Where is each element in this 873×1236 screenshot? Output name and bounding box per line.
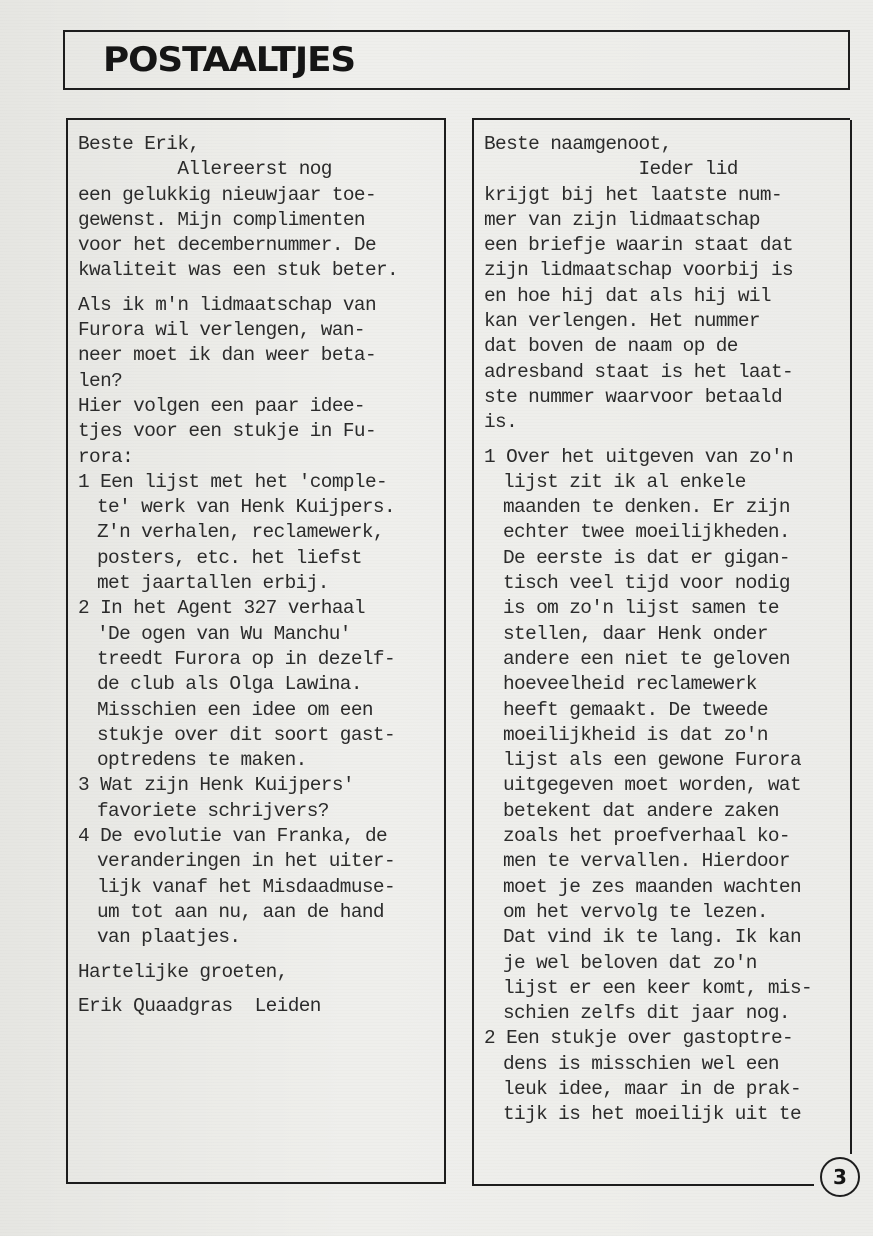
text-line: kan verlengen. Het nummer <box>484 309 846 334</box>
text-line: favoriete schrijvers? <box>78 799 440 824</box>
text-line: zijn lidmaatschap voorbij is <box>484 258 846 283</box>
paragraph-gap <box>78 985 440 994</box>
text-line: moet je zes maanden wachten <box>484 875 846 900</box>
text-line: neer moet ik dan weer beta- <box>78 343 440 368</box>
text-line: maanden te denken. Er zijn <box>484 495 846 520</box>
text-line: krijgt bij het laatste num- <box>484 183 846 208</box>
text-line: Erik Quaadgras Leiden <box>78 994 440 1019</box>
text-line: posters, etc. het liefst <box>78 546 440 571</box>
text-line: te' werk van Henk Kuijpers. <box>78 495 440 520</box>
text-line: Ieder lid <box>484 157 846 182</box>
text-line: lijst zit ik al enkele <box>484 470 846 495</box>
paragraph-gap <box>78 951 440 960</box>
text-line: moeilijkheid is dat zo'n <box>484 723 846 748</box>
text-line: van plaatjes. <box>78 925 440 950</box>
section-header-box: POSTAALTJES <box>63 30 850 90</box>
paragraph-gap <box>484 436 846 445</box>
text-line: men te vervallen. Hierdoor <box>484 849 846 874</box>
text-line: betekent dat andere zaken <box>484 799 846 824</box>
text-line: veranderingen in het uiter- <box>78 849 440 874</box>
text-line: gewenst. Mijn complimenten <box>78 208 440 233</box>
text-line: is om zo'n lijst samen te <box>484 596 846 621</box>
text-line: Z'n verhalen, reclamewerk, <box>78 520 440 545</box>
section-title: POSTAALTJES <box>103 39 355 81</box>
text-line: 1 Over het uitgeven van zo'n <box>484 445 846 470</box>
text-line: lijk vanaf het Misdaadmuse- <box>78 875 440 900</box>
paragraph-gap <box>78 284 440 293</box>
text-line: en hoe hij dat als hij wil <box>484 284 846 309</box>
text-line: stellen, daar Henk onder <box>484 622 846 647</box>
text-line: mer van zijn lidmaatschap <box>484 208 846 233</box>
text-line: lijst er een keer komt, mis- <box>484 976 846 1001</box>
reader-letter-text: Beste Erik, Allereerst nogeen gelukkig n… <box>78 132 440 1019</box>
text-line: Allereerst nog <box>78 157 440 182</box>
text-line: optredens te maken. <box>78 748 440 773</box>
text-line: schien zelfs dit jaar nog. <box>484 1001 846 1026</box>
text-line: Beste Erik, <box>78 132 440 157</box>
text-line: leuk idee, maar in de prak- <box>484 1077 846 1102</box>
text-line: hoeveelheid reclamewerk <box>484 672 846 697</box>
text-line: Misschien een idee om een <box>78 698 440 723</box>
text-line: 2 Een stukje over gastoptre- <box>484 1026 846 1051</box>
text-line: Beste naamgenoot, <box>484 132 846 157</box>
editor-reply-text: Beste naamgenoot, Ieder lidkrijgt bij he… <box>484 132 846 1128</box>
text-line: um tot aan nu, aan de hand <box>78 900 440 925</box>
text-line: je wel beloven dat zo'n <box>484 951 846 976</box>
text-line: Furora wil verlengen, wan- <box>78 318 440 343</box>
box-right-border <box>850 120 852 1154</box>
text-line: een briefje waarin staat dat <box>484 233 846 258</box>
text-line: 3 Wat zijn Henk Kuijpers' <box>78 773 440 798</box>
text-line: heeft gemaakt. De tweede <box>484 698 846 723</box>
text-line: ste nummer waarvoor betaald <box>484 385 846 410</box>
text-line: tjes voor een stukje in Fu- <box>78 419 440 444</box>
text-line: Als ik m'n lidmaatschap van <box>78 293 440 318</box>
text-line: Hier volgen een paar idee- <box>78 394 440 419</box>
text-line: Dat vind ik te lang. Ik kan <box>484 925 846 950</box>
text-line: len? <box>78 369 440 394</box>
text-line: dens is misschien wel een <box>484 1052 846 1077</box>
text-line: uitgegeven moet worden, wat <box>484 773 846 798</box>
editor-reply-box: Beste naamgenoot, Ieder lidkrijgt bij he… <box>472 118 850 1184</box>
reader-letter-box: Beste Erik, Allereerst nogeen gelukkig n… <box>66 118 446 1184</box>
text-line: de club als Olga Lawina. <box>78 672 440 697</box>
text-line: treedt Furora op in dezelf- <box>78 647 440 672</box>
text-line: 1 Een lijst met het 'comple- <box>78 470 440 495</box>
text-line: De eerste is dat er gigan- <box>484 546 846 571</box>
text-line: tisch veel tijd voor nodig <box>484 571 846 596</box>
text-line: kwaliteit was een stuk beter. <box>78 258 440 283</box>
text-line: voor het decembernummer. De <box>78 233 440 258</box>
text-line: Hartelijke groeten, <box>78 960 440 985</box>
text-line: om het vervolg te lezen. <box>484 900 846 925</box>
text-line: 2 In het Agent 327 verhaal <box>78 596 440 621</box>
text-line: adresband staat is het laat- <box>484 360 846 385</box>
page-number-badge: 3 <box>820 1157 860 1197</box>
text-line: met jaartallen erbij. <box>78 571 440 596</box>
text-line: 4 De evolutie van Franka, de <box>78 824 440 849</box>
text-line: zoals het proefverhaal ko- <box>484 824 846 849</box>
text-line: een gelukkig nieuwjaar toe- <box>78 183 440 208</box>
text-line: stukje over dit soort gast- <box>78 723 440 748</box>
text-line: rora: <box>78 445 440 470</box>
text-line: andere een niet te geloven <box>484 647 846 672</box>
box-bottom-border <box>472 1184 814 1186</box>
text-line: is. <box>484 410 846 435</box>
text-line: 'De ogen van Wu Manchu' <box>78 622 440 647</box>
text-line: tijk is het moeilijk uit te <box>484 1102 846 1127</box>
text-line: dat boven de naam op de <box>484 334 846 359</box>
text-line: lijst als een gewone Furora <box>484 748 846 773</box>
text-line: echter twee moeilijkheden. <box>484 520 846 545</box>
